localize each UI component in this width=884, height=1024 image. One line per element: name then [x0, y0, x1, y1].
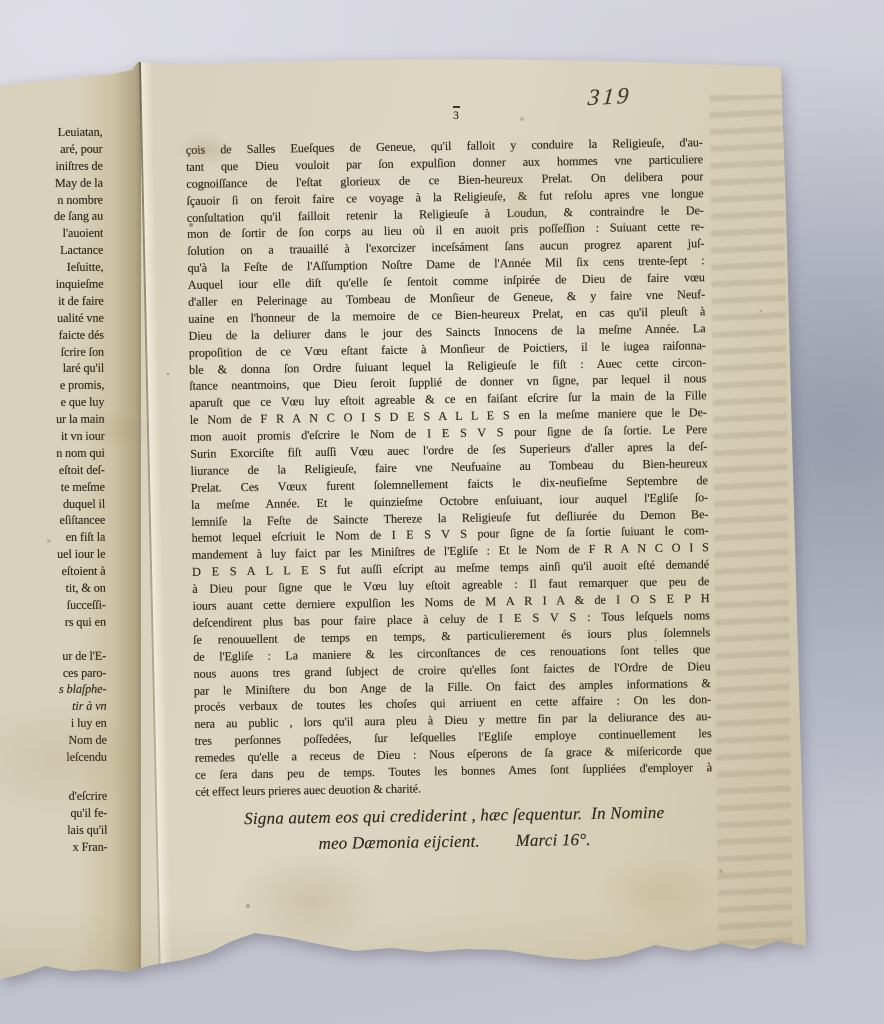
left-margin-line: rs qui en — [1, 613, 106, 631]
left-margin-line: s blaſphe- — [1, 681, 106, 699]
left-margin-line: eſtoient à — [1, 563, 106, 581]
left-margin-line — [1, 630, 106, 648]
left-margin-line: laré qu'il — [0, 360, 104, 378]
left-margin-line: ur de l'E- — [1, 647, 106, 665]
left-margin-line: tit, & on — [1, 580, 106, 598]
left-margin-line: d'eſcrire — [2, 787, 107, 805]
bleedthrough-column — [710, 95, 793, 946]
left-margin-line: x Fran- — [2, 838, 107, 856]
left-margin-line: Nom de — [2, 732, 107, 750]
left-margin-line: it de faire — [0, 293, 104, 311]
left-margin-line: en fiſt la — [0, 529, 105, 547]
left-margin-line: ur la main — [0, 411, 105, 429]
left-margin-line: l'auoient — [0, 225, 103, 243]
left-margin-line: tir à vn — [1, 698, 106, 716]
paper-specks — [0, 0, 2, 2]
left-margin-line: duquel il — [0, 495, 105, 513]
paper-sheet: Leuiatan,aré, pouriniſtres deMay de lan … — [0, 0, 884, 1024]
left-margin-line: n nom qui — [0, 445, 105, 463]
photo-background: Leuiatan,aré, pouriniſtres deMay de lan … — [0, 0, 884, 1024]
left-margin-line: Leuiatan, — [0, 124, 103, 142]
left-margin-column: Leuiatan,aré, pouriniſtres deMay de lan … — [0, 124, 108, 856]
colophon: Signa autem eos qui crediderint , hæc ſe… — [196, 799, 714, 859]
main-text-block: çois de Salles Eueſques de Geneue, qu'il… — [186, 134, 713, 800]
left-margin-line: iniſtres de — [0, 157, 103, 175]
left-margin-line: e promis, — [0, 377, 104, 395]
left-margin-line: ces paro- — [1, 664, 106, 682]
left-margin-line: ſucceſſi- — [1, 597, 106, 615]
left-margin-line: i luy en — [2, 715, 107, 733]
left-margin-line: lais qu'il — [2, 821, 107, 839]
page-number-handwritten: 319 — [587, 83, 633, 111]
left-margin-line: qu'il fe- — [2, 804, 107, 822]
left-margin-line: May de la — [0, 174, 103, 192]
left-margin-line: uel iour le — [0, 546, 105, 564]
left-margin-line: it vn iour — [0, 428, 105, 446]
left-margin-line: aré, pour — [0, 141, 103, 159]
left-margin-line: te meſme — [0, 478, 105, 496]
left-margin-line: faicte dés — [0, 326, 104, 344]
left-margin-line: leſcendu — [2, 749, 107, 767]
left-margin-line: ſcrire ſon — [0, 343, 104, 361]
left-margin-line — [2, 765, 107, 788]
signature-mark: 3 — [448, 106, 464, 122]
left-margin-line: inquieſme — [0, 276, 104, 294]
left-margin-line: Lactance — [0, 242, 103, 260]
left-margin-line: eſiſtancee — [0, 512, 105, 530]
left-margin-line: eſtoit deſ- — [0, 461, 105, 479]
left-margin-line: ualité vne — [0, 309, 104, 327]
paper-shadow-wrap: Leuiatan,aré, pouriniſtres deMay de lan … — [0, 0, 884, 1024]
left-margin-line: Ieſuitte, — [0, 259, 104, 277]
left-margin-line: e que luy — [0, 394, 104, 412]
left-margin-line: de ſang au — [0, 208, 103, 226]
right-page-text: çois de Salles Eueſques de Geneue, qu'il… — [186, 134, 714, 858]
left-margin-line: n nombre — [0, 191, 103, 209]
